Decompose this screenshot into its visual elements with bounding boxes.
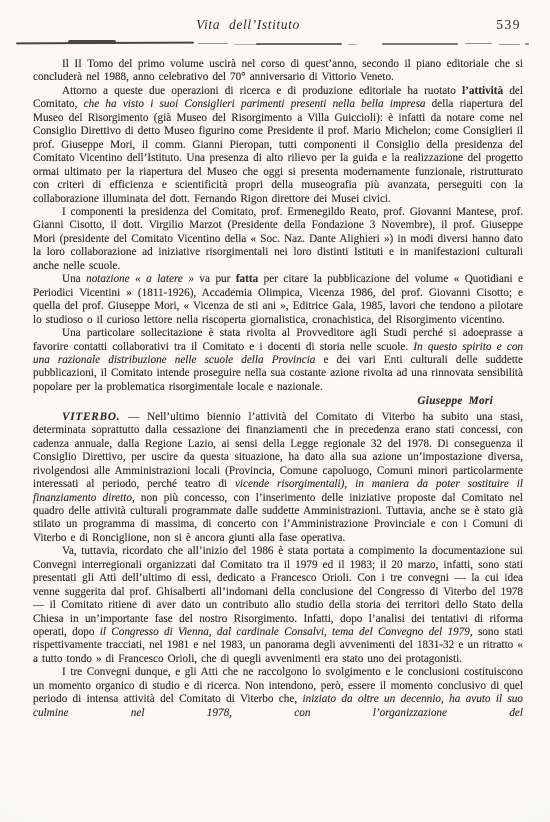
- text-segment: Attorno a queste due operazioni di ricer…: [62, 85, 462, 97]
- author-signature: Giuseppe Mori: [33, 395, 523, 408]
- paragraph: I componenti la presidenza del Comitato,…: [33, 206, 523, 273]
- text-segment: della riapertura del Museo del Risorgime…: [33, 98, 523, 204]
- header-rule-dot: [525, 43, 529, 45]
- header-rule-segment: [499, 44, 520, 45]
- header-rule: [16, 40, 532, 46]
- scanned-page: Vita dell’Istituto 539 Il II Tomo del pr…: [0, 0, 550, 822]
- text-segment: fatta: [236, 273, 258, 285]
- text-segment: notazione « a latere »: [86, 273, 194, 285]
- paragraph: VITERBO. — Nell’ultimo biennio l’attivit…: [33, 411, 523, 546]
- header-rule-blot: [68, 40, 116, 44]
- page-header: Vita dell’Istituto 539: [33, 17, 523, 37]
- text-segment: il Congresso di Vienna, dal cardinale Co…: [100, 626, 470, 638]
- paragraph: Il II Tomo del primo volume uscirà nel c…: [33, 58, 523, 85]
- paragraph: Una particolare sollecitazione è stata r…: [33, 327, 523, 394]
- header-rule-segment: [348, 44, 357, 45]
- paragraph: Attorno a queste due operazioni di ricer…: [33, 85, 523, 206]
- text-segment: va pur: [194, 273, 236, 285]
- header-rule-segment: [465, 43, 492, 44]
- header-rule-segment: [382, 43, 458, 45]
- article-body: Il II Tomo del primo volume uscirà nel c…: [33, 58, 523, 720]
- text-segment: VITERBO.: [62, 411, 120, 423]
- paragraph: I tre Convegni dunque, e gli Atti che ne…: [33, 666, 523, 720]
- running-title: Vita dell’Istituto: [33, 17, 463, 33]
- text-segment: Una: [62, 273, 86, 285]
- text-segment: che ha visto i suoi Consiglieri pariment…: [84, 98, 426, 110]
- header-rule-segment: [256, 43, 342, 45]
- page-number: 539: [496, 17, 521, 33]
- text-segment: Il II Tomo del primo volume uscirà nel c…: [33, 58, 523, 83]
- text-segment: I componenti la presidenza del Comitato,…: [33, 206, 523, 272]
- text-segment: l’attività: [462, 85, 503, 97]
- text-segment: Va, tuttavia, ricordato che all’inizio d…: [33, 545, 523, 638]
- paragraph: Va, tuttavia, ricordato che all’inizio d…: [33, 545, 523, 666]
- text-segment: Giuseppe Mori: [417, 395, 493, 407]
- paragraph: Una notazione « a latere » va pur fatta …: [33, 273, 523, 327]
- header-rule-segment: [198, 43, 228, 44]
